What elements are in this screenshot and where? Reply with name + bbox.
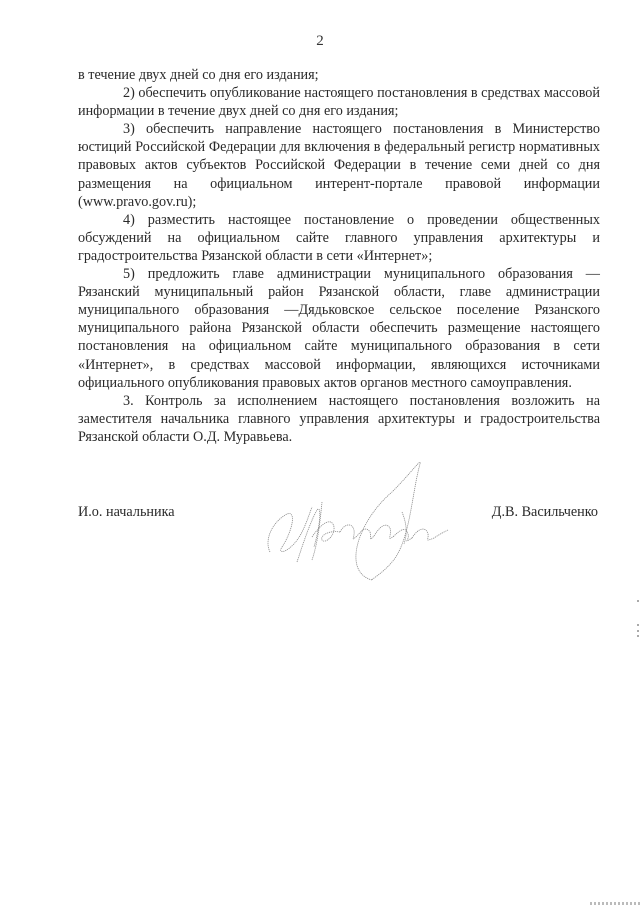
paragraph-item-2: 2) обеспечить опубликование настоящего п… — [78, 84, 600, 120]
paragraph-item-4: 4) разместить настоящее постановление о … — [78, 211, 600, 265]
page-number: 2 — [0, 33, 640, 50]
paragraph-item-3: 3) обеспечить направление настоящего пос… — [78, 120, 600, 210]
paragraph-continuation: в течение двух дней со дня его издания; — [78, 66, 600, 84]
scan-artifact-marks — [636, 600, 640, 640]
paragraph-control-clause: 3. Контроль за исполнением настоящего по… — [78, 392, 600, 446]
handwritten-signature-icon — [262, 452, 462, 582]
document-body: в течение двух дней со дня его издания; … — [78, 66, 600, 446]
paragraph-item-5: 5) предложить главе администрации муници… — [78, 265, 600, 392]
signatory-title: И.о. начальника — [78, 504, 175, 521]
signatory-name: Д.В. Васильченко — [492, 504, 598, 521]
